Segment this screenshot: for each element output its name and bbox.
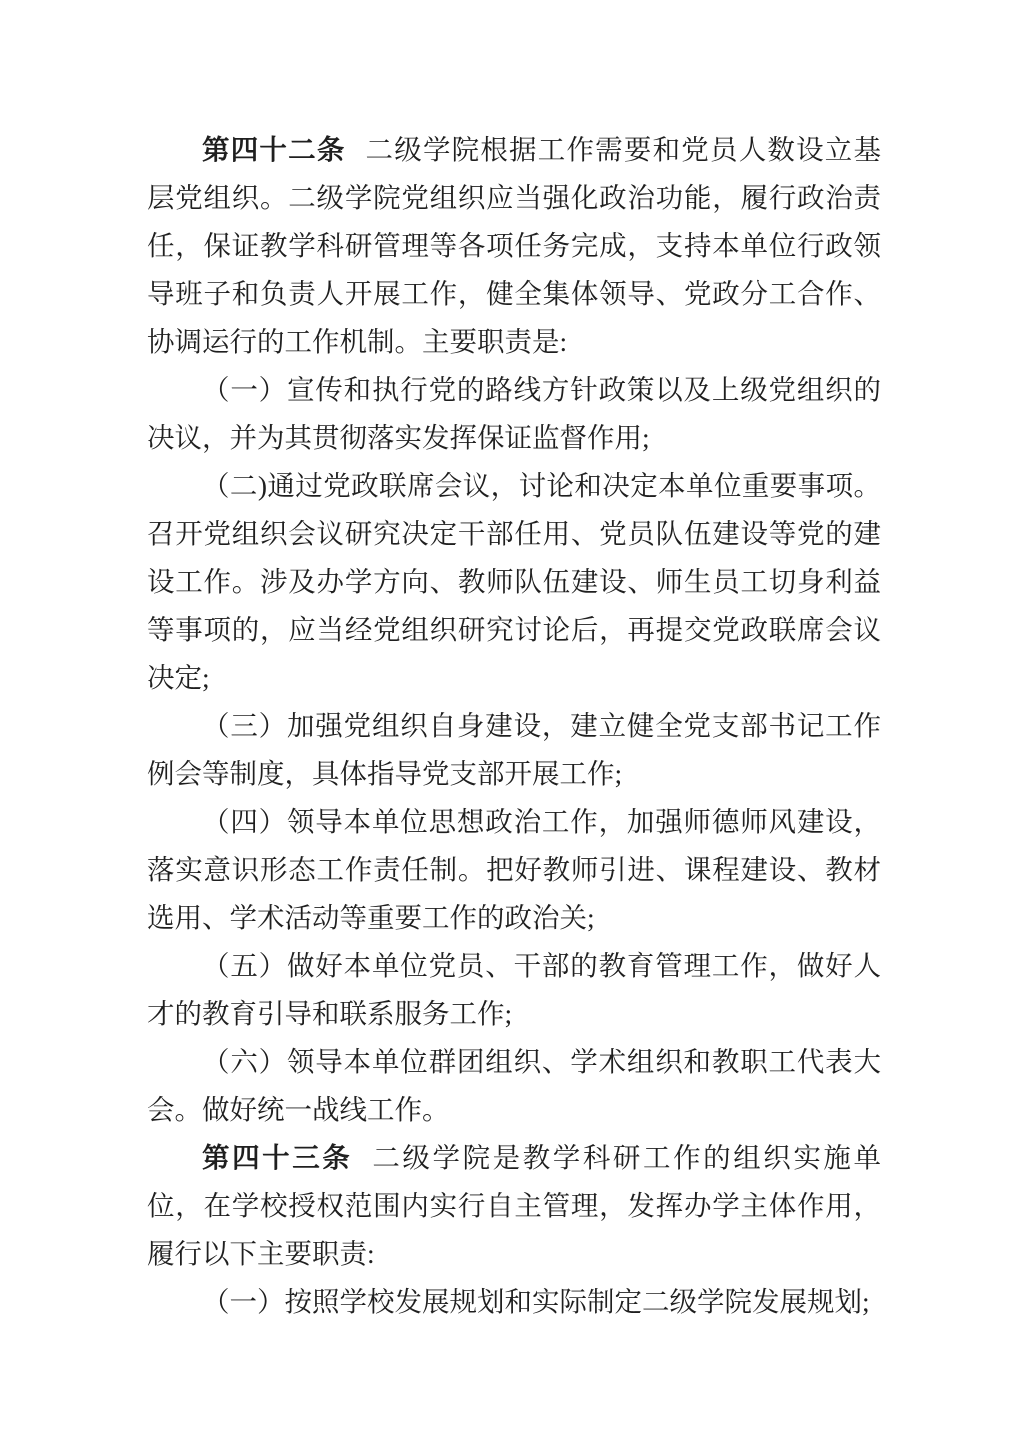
article-42-clause-5-text: （五）做好本单位党员、干部的教育管理工作，做好人才的教育引导和联系服务工作; xyxy=(147,950,881,1029)
article-42-clause-2-text: （二)通过党政联席会议，讨论和决定本单位重要事项。召开党组织会议研究决定干部任用… xyxy=(147,470,881,693)
article-42-clause-5: （五）做好本单位党员、干部的教育管理工作，做好人才的教育引导和联系服务工作; xyxy=(147,942,881,1038)
document-page: 第四十二条二级学院根据工作需要和党员人数设立基层党组织。二级学院党组织应当强化政… xyxy=(147,126,881,1326)
article-42-clause-2: （二)通过党政联席会议，讨论和决定本单位重要事项。召开党组织会议研究决定干部任用… xyxy=(147,462,881,702)
article-43-intro-paragraph: 第四十三条二级学院是教学科研工作的组织实施单位，在学校授权范围内实行自主管理，发… xyxy=(147,1134,881,1278)
article-42-clause-4: （四）领导本单位思想政治工作，加强师德师风建设，落实意识形态工作责任制。把好教师… xyxy=(147,798,881,942)
article-42-clause-1-text: （一）宣传和执行党的路线方针政策以及上级党组织的决议，并为其贯彻落实发挥保证监督… xyxy=(147,374,881,453)
article-42-intro-text: 二级学院根据工作需要和党员人数设立基层党组织。二级学院党组织应当强化政治功能，履… xyxy=(147,134,881,357)
article-42-number: 第四十二条 xyxy=(202,134,346,165)
article-42-intro-paragraph: 第四十二条二级学院根据工作需要和党员人数设立基层党组织。二级学院党组织应当强化政… xyxy=(147,126,881,366)
article-43-number: 第四十三条 xyxy=(202,1142,352,1173)
article-43-clause-1: （一）按照学校发展规划和实际制定二级学院发展规划; xyxy=(147,1278,881,1326)
article-42-clause-6: （六）领导本单位群团组织、学术组织和教职工代表大会。做好统一战线工作。 xyxy=(147,1038,881,1134)
article-42-clause-6-text: （六）领导本单位群团组织、学术组织和教职工代表大会。做好统一战线工作。 xyxy=(147,1046,881,1125)
article-42-clause-4-text: （四）领导本单位思想政治工作，加强师德师风建设，落实意识形态工作责任制。把好教师… xyxy=(147,806,881,933)
article-43-clause-1-text: （一）按照学校发展规划和实际制定二级学院发展规划; xyxy=(202,1286,870,1317)
article-42-clause-3-text: （三）加强党组织自身建设，建立健全党支部书记工作例会等制度，具体指导党支部开展工… xyxy=(147,710,881,789)
article-42-clause-1: （一）宣传和执行党的路线方针政策以及上级党组织的决议，并为其贯彻落实发挥保证监督… xyxy=(147,366,881,462)
article-42-clause-3: （三）加强党组织自身建设，建立健全党支部书记工作例会等制度，具体指导党支部开展工… xyxy=(147,702,881,798)
